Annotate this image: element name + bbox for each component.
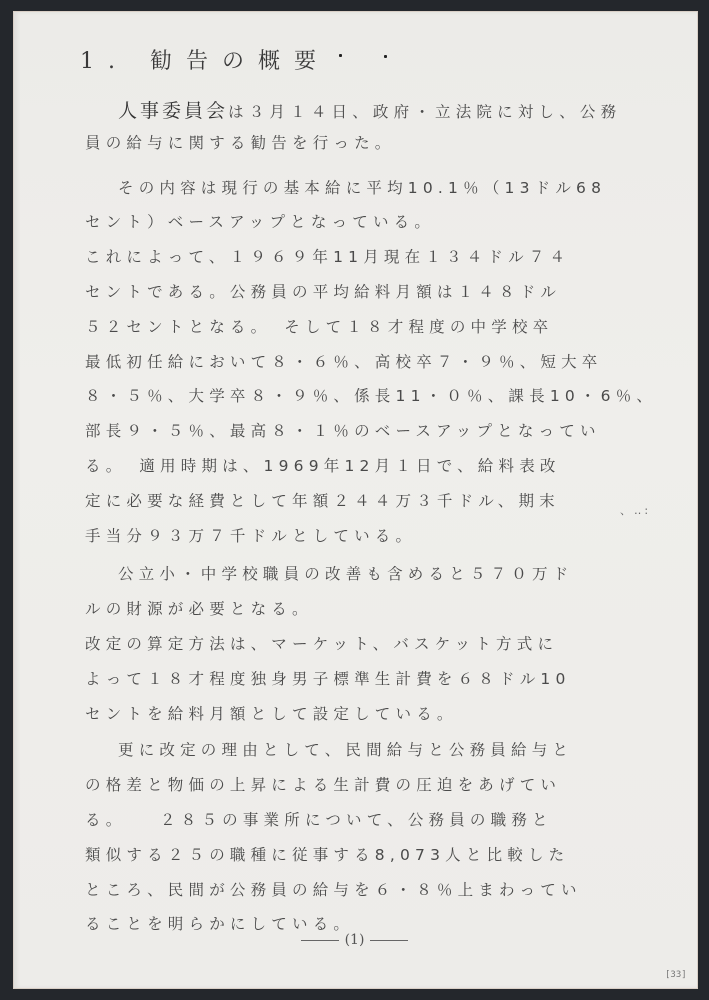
text-line: 員の給与に関する勧告を行った。 <box>85 131 630 153</box>
text-line: 類似する２５の職種に従事する8,073人と比較した <box>85 843 630 865</box>
text-line: ルの財源が必要となる。 <box>85 597 630 619</box>
punch-marks <box>339 52 409 62</box>
text-line: 最低初任給において８・６％、高校卒７・９％、短大卒 <box>85 350 630 372</box>
text-line: セントを給料月額として設定している。 <box>85 702 630 724</box>
text-line: ８・５％、大学卒８・９％、係長11・０％、課長10・6％、 <box>85 384 630 406</box>
lead-text: 人事委員会 <box>118 100 228 122</box>
text-line: 定に必要な経費として年額２４４万３千ドル、期末 <box>85 489 630 511</box>
text-line: 人事委員会は３月１４日、政府・立法院に対し、公務 <box>118 96 663 123</box>
text-line: 手当分９３万７千ドルとしている。 <box>85 524 630 546</box>
punch-mark <box>384 55 387 58</box>
page-number-text: (1) <box>345 932 365 948</box>
text-line: 部長９・５％、最高８・１％のベースアップとなってい <box>85 419 630 441</box>
line-rest: は３月１４日、政府・立法院に対し、公務 <box>228 103 621 121</box>
stray-marks: 、‥: <box>620 502 651 518</box>
text-line: セントである。公務員の平均給料月額は１４８ドル <box>85 280 630 302</box>
text-line: 公立小・中学校職員の改善も含めると５７０万ド <box>118 562 663 584</box>
text-line: ところ、民間が公務員の給与を６・８％上まわってい <box>85 878 630 900</box>
page-number: (1) <box>0 932 709 948</box>
section-heading: 1. 勧告の概要 <box>80 44 330 75</box>
text-line: その内容は現行の基本給に平均10.1％（13ドル68 <box>118 176 663 198</box>
archive-number: [33] <box>665 970 687 980</box>
text-line: これによって、１９６９年11月現在１３４ドル７４ <box>85 245 630 267</box>
text-line: 改定の算定方法は、マーケット、バスケット方式に <box>85 632 630 654</box>
text-line: る。 ２８５の事業所について、公務員の職務と <box>85 808 630 830</box>
text-line: の格差と物価の上昇による生計費の圧迫をあげてい <box>85 773 630 795</box>
dash-right <box>370 940 408 941</box>
text-line: ５２セントとなる。 そして１８才程度の中学校卒 <box>85 315 630 337</box>
text-line: セント）ベースアップとなっている。 <box>85 210 630 232</box>
text-line: よって１８才程度独身男子標準生計費を６８ドル10 <box>85 667 630 689</box>
dash-left <box>301 940 339 941</box>
text-line: る。 適用時期は、1969年12月１日で、給料表改 <box>85 454 630 476</box>
text-line: 更に改定の理由として、民間給与と公務員給与と <box>118 738 663 760</box>
punch-mark <box>339 54 342 57</box>
